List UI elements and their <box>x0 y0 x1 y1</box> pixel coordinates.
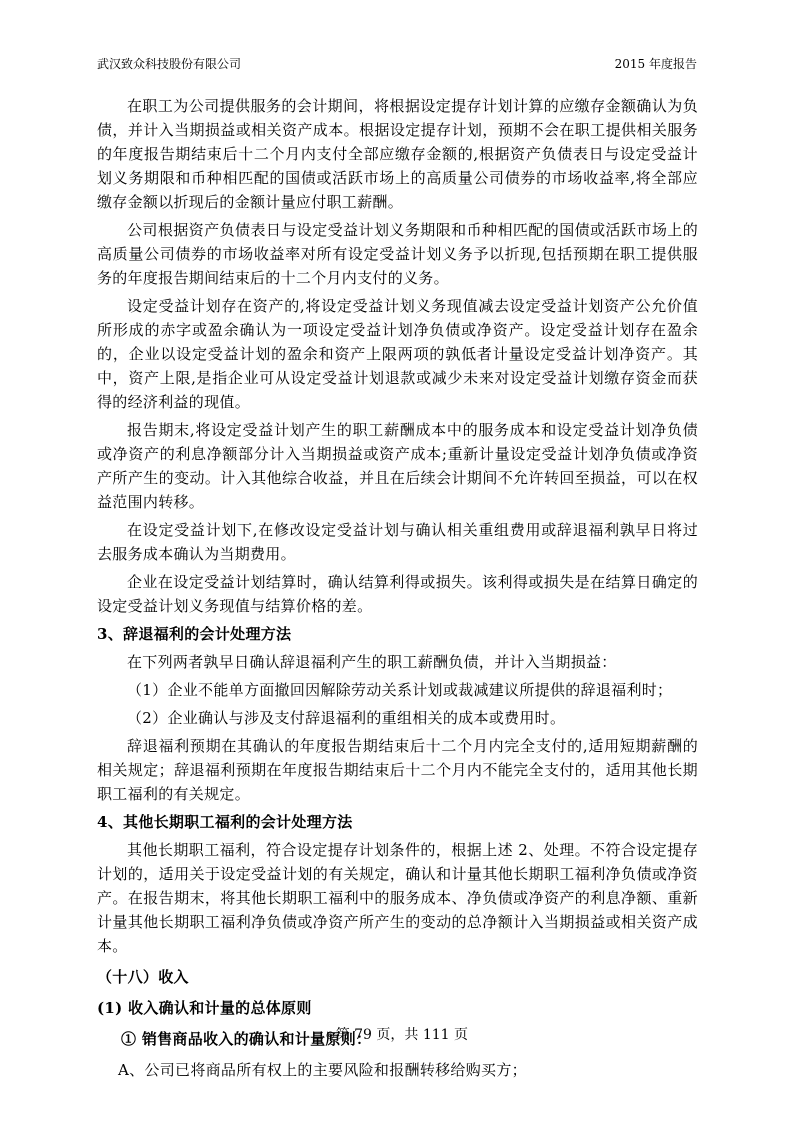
body-paragraph: 其他长期职工福利，符合设定提存计划条件的，根据上述 2、处理。不符合设定提存计划… <box>97 838 698 958</box>
body-paragraph: 在设定受益计划下,在修改设定受益计划与确认相关重组费用或辞退福利孰早日将过去服务… <box>97 518 698 566</box>
lettered-item: A、公司已将商品所有权上的主要风险和报酬转移给购买方； <box>97 1058 698 1082</box>
page-number-text: 第 79 页，共 111 页 <box>336 1027 468 1043</box>
body-paragraph: 辞退福利预期在其确认的年度报告期结束后十二个月内完全支付的,适用短期薪酬的相关规… <box>97 734 698 806</box>
body-paragraph: 报告期末,将设定受益计划产生的职工薪酬成本中的服务成本和设定受益计划净负债或净资… <box>97 418 698 514</box>
body-paragraph: （2）企业确认与涉及支付辞退福利的重组相关的成本或费用时。 <box>97 706 698 730</box>
body-paragraph: 公司根据资产负债表日与设定受益计划义务期限和币种相匹配的国债或活跃市场上的高质量… <box>97 218 698 290</box>
document-page: 武汉致众科技股份有限公司 2015 年度报告 在职工为公司提供服务的会计期间，将… <box>0 0 794 1123</box>
body-paragraph: （1）企业不能单方面撤回因解除劳动关系计划或裁减建议所提供的辞退福利时； <box>97 678 698 702</box>
body-paragraph: 在下列两者孰早日确认辞退福利产生的职工薪酬负债，并计入当期损益： <box>97 650 698 674</box>
page-header: 武汉致众科技股份有限公司 2015 年度报告 <box>97 56 697 72</box>
section-heading: （十八）收入 <box>97 965 698 989</box>
body-paragraph: 在职工为公司提供服务的会计期间，将根据设定提存计划计算的应缴存金额确认为负债，并… <box>97 94 698 214</box>
numbered-heading: 3、辞退福利的会计处理方法 <box>97 622 698 646</box>
body-paragraph: 企业在设定受益计划结算时，确认结算利得或损失。该利得或损失是在结算日确定的设定受… <box>97 570 698 618</box>
document-body: 在职工为公司提供服务的会计期间，将根据设定提存计划计算的应缴存金额确认为负债，并… <box>97 94 698 1082</box>
page-footer: ◎第 79 页，共 111 页 <box>0 1026 794 1045</box>
footer-bullet-icon: ◎ <box>326 1030 335 1041</box>
header-report-title: 2015 年度报告 <box>615 56 697 72</box>
body-paragraph: 设定受益计划存在资产的,将设定受益计划义务现值减去设定受益计划资产公允价值所形成… <box>97 294 698 414</box>
subsection-heading: (1) 收入确认和计量的总体原则 <box>97 996 698 1020</box>
header-company-name: 武汉致众科技股份有限公司 <box>97 56 241 72</box>
numbered-heading: 4、其他长期职工福利的会计处理方法 <box>97 810 698 834</box>
